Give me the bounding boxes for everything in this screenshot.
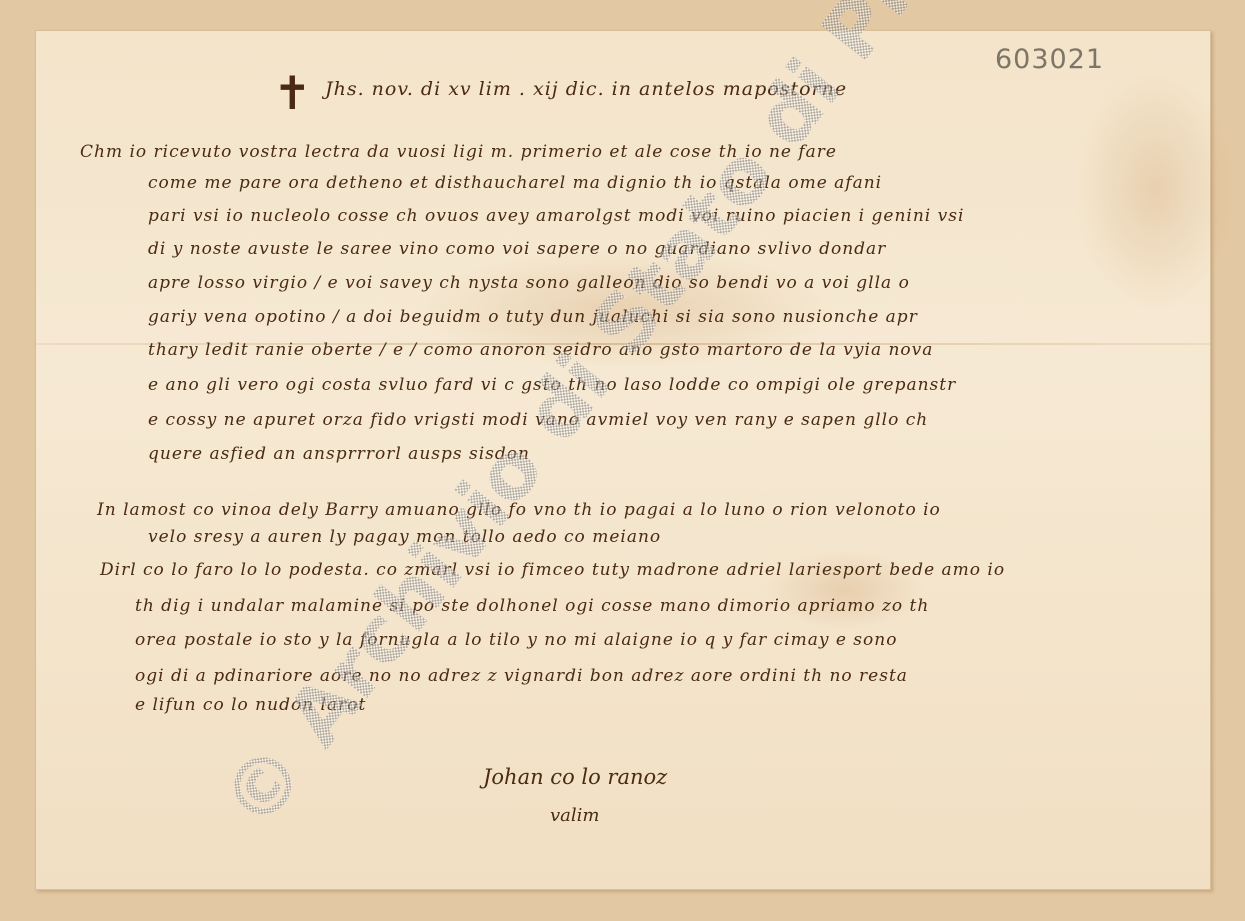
letter-page: ✝ Jhs. nov. di xv lim . xij dic. in ante… [35, 30, 1211, 890]
text-line: orea postale io sto y la fornugla a lo t… [135, 630, 897, 650]
text-line: ogi di a pdinariore aore no no adrez z v… [135, 666, 908, 686]
text-line: di y noste avuste le saree vino como voi… [148, 239, 886, 259]
text-line: Dirl co lo faro lo lo podesta. co zmarl … [100, 560, 1005, 580]
text-line: apre losso virgio / e voi savey ch nysta… [148, 273, 910, 293]
signature-name: Johan co lo ranoz [483, 765, 667, 789]
text-line: th dig i undalar malamine si po ste dolh… [135, 596, 929, 616]
text-line: pari vsi io nucleolo cosse ch ovuos avey… [148, 206, 964, 226]
signature-place: valim [550, 805, 599, 826]
archive-number: 603021 [995, 44, 1104, 75]
cross-icon: ✝ [273, 66, 312, 120]
text-line: gariy vena opotino / a doi beguidm o tut… [148, 307, 918, 327]
stain [1075, 70, 1235, 310]
text-line: thary ledit ranie oberte / e / como anor… [148, 340, 933, 360]
